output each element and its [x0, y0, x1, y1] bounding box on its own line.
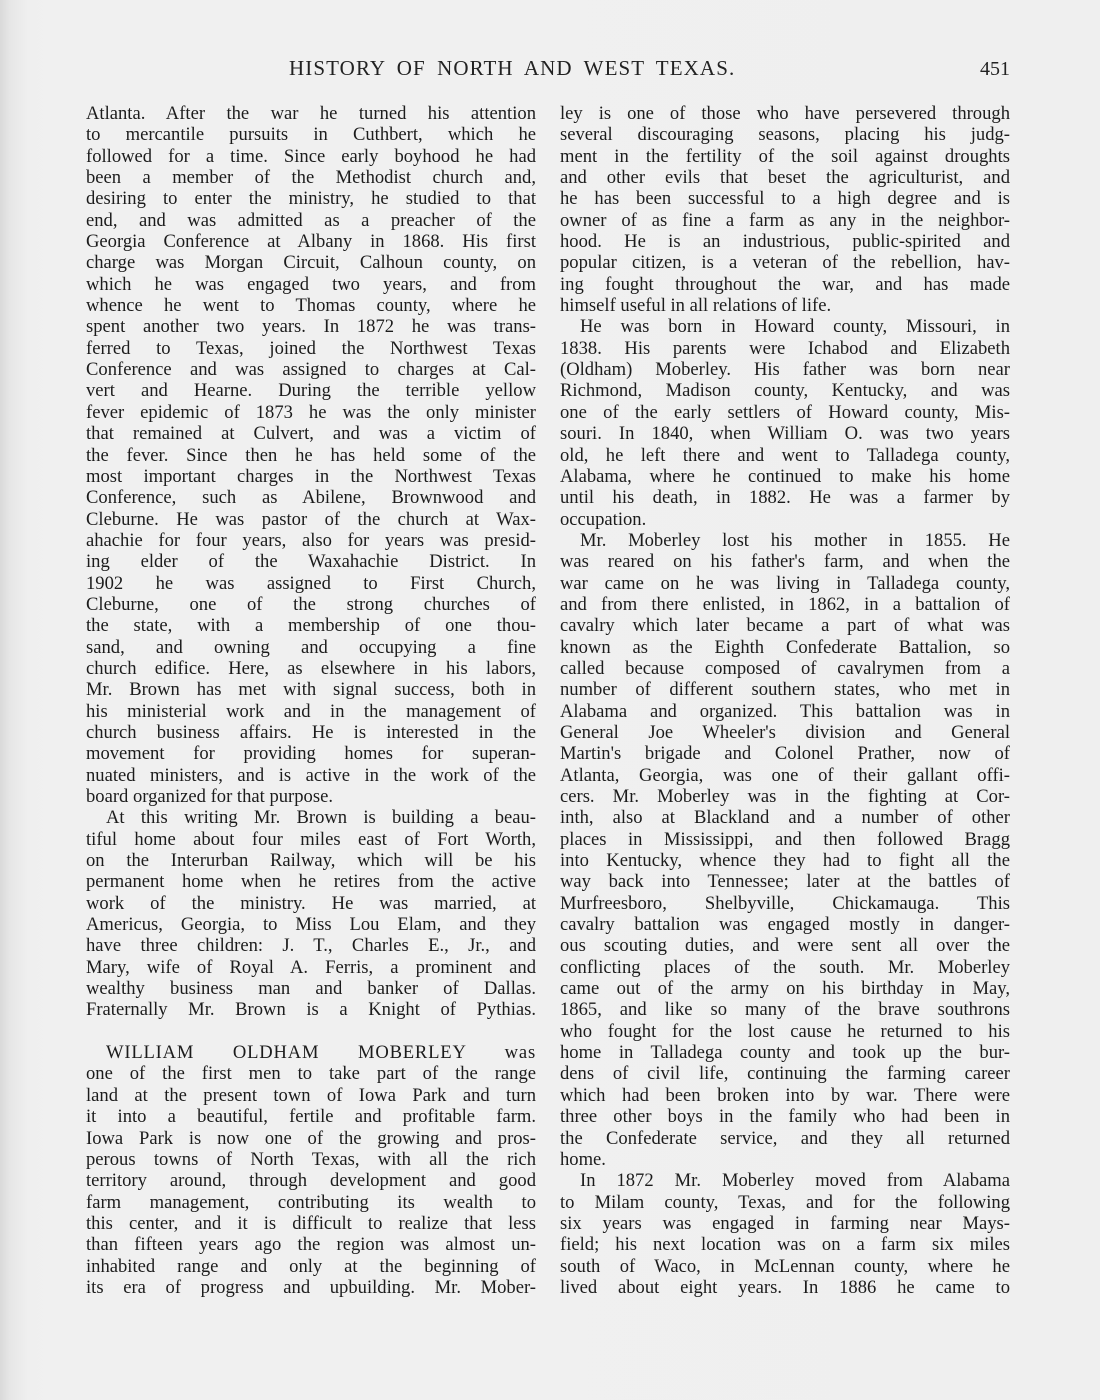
text-line: on the Interurban Railway, which will be…: [86, 850, 536, 871]
text-line: Cleburne. He was pastor of the church at…: [86, 509, 536, 530]
text-line: ing fought throughout the war, and has m…: [560, 274, 1010, 295]
text-line: its era of progress and upbuilding. Mr. …: [86, 1277, 536, 1298]
text-line: conflicting places of the south. Mr. Mob…: [560, 957, 1010, 978]
text-line: nuated ministers, and is active in the w…: [86, 765, 536, 786]
text-line: whence he went to Thomas county, where h…: [86, 295, 536, 316]
text-line: movement for providing homes for superan…: [86, 743, 536, 764]
text-line: spent another two years. In 1872 he was …: [86, 316, 536, 337]
text-line: have three children: J. T., Charles E., …: [86, 935, 536, 956]
text-line: number of different southern states, who…: [560, 679, 1010, 700]
running-title: HISTORY OF NORTH AND WEST TEXAS.: [289, 56, 735, 81]
text-line: home in Talladega county and took up the…: [560, 1042, 1010, 1063]
text-line: one of the early settlers of Howard coun…: [560, 402, 1010, 423]
text-line: to mercantile pursuits in Cuthbert, whic…: [86, 124, 536, 145]
text-line: Alabama, where he continued to make his …: [560, 466, 1010, 487]
text-line: Mr. Brown has met with signal success, b…: [86, 679, 536, 700]
page-header: HISTORY OF NORTH AND WEST TEXAS. 451: [0, 56, 1100, 86]
text-line: desiring to enter the ministry, he studi…: [86, 188, 536, 209]
text-line: charge was Morgan Circuit, Calhoun count…: [86, 252, 536, 273]
text-line: than fifteen years ago the region was al…: [86, 1234, 536, 1255]
text-line: Mary, wife of Royal A. Ferris, a promine…: [86, 957, 536, 978]
text-line: church edifice. Here, as elsewhere in hi…: [86, 658, 536, 679]
text-line: Martin's brigade and Colonel Prather, no…: [560, 743, 1010, 764]
text-line: inhabited range and only at the beginnin…: [86, 1256, 536, 1277]
text-line: three other boys in the family who had b…: [560, 1106, 1010, 1127]
text-line: dens of civil life, continuing the farmi…: [560, 1063, 1010, 1084]
text-line: until his death, in 1882. He was a farme…: [560, 487, 1010, 508]
text-line: tiful home about four miles east of Fort…: [86, 829, 536, 850]
text-line: which he was engaged two years, and from: [86, 274, 536, 295]
text-line: Fraternally Mr. Brown is a Knight of Pyt…: [86, 999, 536, 1020]
page-number: 451: [980, 58, 1010, 81]
text-line: ahachie for four years, also for years w…: [86, 530, 536, 551]
text-line: into Kentucky, whence they had to fight …: [560, 850, 1010, 871]
text-line: Atlanta, Georgia, was one of their galla…: [560, 765, 1010, 786]
text-line: perous towns of North Texas, with all th…: [86, 1149, 536, 1170]
text-line: board organized for that purpose.: [86, 786, 536, 807]
text-line: land at the present town of Iowa Park an…: [86, 1085, 536, 1106]
text-line: himself useful in all relations of life.: [560, 295, 1010, 316]
text-line: end, and was admitted as a preacher of t…: [86, 210, 536, 231]
text-line: sand, and owning and occupying a fine: [86, 637, 536, 658]
text-line: it into a beautiful, fertile and profita…: [86, 1106, 536, 1127]
text-line: this center, and it is difficult to real…: [86, 1213, 536, 1234]
text-line: church business affairs. He is intereste…: [86, 722, 536, 743]
text-line: (Oldham) Moberley. His father was born n…: [560, 359, 1010, 380]
text-line: Richmond, Madison county, Kentucky, and …: [560, 380, 1010, 401]
text-line: In 1872 Mr. Moberley moved from Alabama: [560, 1170, 1010, 1191]
text-line: places in Mississippi, and then followed…: [560, 829, 1010, 850]
text-line: one of the first men to take part of the…: [86, 1063, 536, 1084]
text-line: followed for a time. Since early boyhood…: [86, 146, 536, 167]
text-line: 1865, and like so many of the brave sout…: [560, 999, 1010, 1020]
right-column: ley is one of those who have persevered …: [560, 103, 1010, 1298]
text-line: field; his next location was on a farm s…: [560, 1234, 1010, 1255]
text-line: been a member of the Methodist church an…: [86, 167, 536, 188]
text-line: fever epidemic of 1873 he was the only m…: [86, 402, 536, 423]
biography-heading-line: WILLIAM OLDHAM MOBERLEY was: [86, 1042, 536, 1063]
text-line: that remained at Culvert, and was a vict…: [86, 423, 536, 444]
text-line: came out of the army on his birthday in …: [560, 978, 1010, 999]
text-line: which had been broken into by war. There…: [560, 1085, 1010, 1106]
text-line: he has been successful to a high degree …: [560, 188, 1010, 209]
text-line: popular citizen, is a veteran of the reb…: [560, 252, 1010, 273]
text-line: cers. Mr. Moberley was in the fighting a…: [560, 786, 1010, 807]
text-line: lived about eight years. In 1886 he came…: [560, 1277, 1010, 1298]
text-line: Mr. Moberley lost his mother in 1855. He: [560, 530, 1010, 551]
text-line: Atlanta. After the war he turned his att…: [86, 103, 536, 124]
text-line: 1838. His parents were Ichabod and Eliza…: [560, 338, 1010, 359]
text-line: to Milam county, Texas, and for the foll…: [560, 1192, 1010, 1213]
text-line: most important charges in the Northwest …: [86, 466, 536, 487]
text-line: Americus, Georgia, to Miss Lou Elam, and…: [86, 914, 536, 935]
text-line: souri. In 1840, when William O. was two …: [560, 423, 1010, 444]
text-line: ferred to Texas, joined the Northwest Te…: [86, 338, 536, 359]
text-line: ley is one of those who have persevered …: [560, 103, 1010, 124]
text-line: and from there enlisted, in 1862, in a b…: [560, 594, 1010, 615]
text-line: territory around, through development an…: [86, 1170, 536, 1191]
text-line: ing elder of the Waxahachie District. In: [86, 551, 536, 572]
text-line: He was born in Howard county, Missouri, …: [560, 316, 1010, 337]
text-line: work of the ministry. He was married, at: [86, 893, 536, 914]
text-line: his ministerial work and in the manageme…: [86, 701, 536, 722]
text-line: At this writing Mr. Brown is building a …: [86, 807, 536, 828]
text-line: several discouraging seasons, placing hi…: [560, 124, 1010, 145]
text-line: ment in the fertility of the soil agains…: [560, 146, 1010, 167]
text-line: Murfreesboro, Shelbyville, Chickamauga. …: [560, 893, 1010, 914]
text-line: the fever. Since then he has held some o…: [86, 445, 536, 466]
text-line: the Confederate service, and they all re…: [560, 1128, 1010, 1149]
text-line: vert and Hearne. During the terrible yel…: [86, 380, 536, 401]
book-page: HISTORY OF NORTH AND WEST TEXAS. 451 Atl…: [0, 0, 1100, 1400]
text-line: called because composed of cavalrymen fr…: [560, 658, 1010, 679]
text-line: old, he left there and went to Talladega…: [560, 445, 1010, 466]
text-line: way back into Tennessee; later at the ba…: [560, 871, 1010, 892]
text-line: six years was engaged in farming near Ma…: [560, 1213, 1010, 1234]
text-line: who fought for the lost cause he returne…: [560, 1021, 1010, 1042]
paragraph-gap: [86, 1021, 536, 1042]
text-line: farm management, contributing its wealth…: [86, 1192, 536, 1213]
text-line: hood. He is an industrious, public-spiri…: [560, 231, 1010, 252]
text-line: home.: [560, 1149, 1010, 1170]
text-line: and other evils that beset the agricultu…: [560, 167, 1010, 188]
text-line: cavalry which later became a part of wha…: [560, 615, 1010, 636]
text-line: Georgia Conference at Albany in 1868. Hi…: [86, 231, 536, 252]
text-line: General Joe Wheeler's division and Gener…: [560, 722, 1010, 743]
text-line: war came on he was living in Talladega c…: [560, 573, 1010, 594]
text-line: south of Waco, in McLennan county, where…: [560, 1256, 1010, 1277]
text-line: Conference and was assigned to charges a…: [86, 359, 536, 380]
text-line: known as the Eighth Confederate Battalio…: [560, 637, 1010, 658]
text-line: Alabama and organized. This battalion wa…: [560, 701, 1010, 722]
text-line: inth, also at Blackland and a number of …: [560, 807, 1010, 828]
text-line: Iowa Park is now one of the growing and …: [86, 1128, 536, 1149]
left-column: Atlanta. After the war he turned his att…: [86, 103, 536, 1298]
text-line: permanent home when he retires from the …: [86, 871, 536, 892]
text-line: ous scouting duties, and were sent all o…: [560, 935, 1010, 956]
text-line: 1902 he was assigned to First Church,: [86, 573, 536, 594]
text-line: cavalry battalion was engaged mostly in …: [560, 914, 1010, 935]
text-line: Cleburne, one of the strong churches of: [86, 594, 536, 615]
text-line: wealthy business man and banker of Dalla…: [86, 978, 536, 999]
text-line: Conference, such as Abilene, Brownwood a…: [86, 487, 536, 508]
text-line: the state, with a membership of one thou…: [86, 615, 536, 636]
text-line: owner of as fine a farm as any in the ne…: [560, 210, 1010, 231]
text-line: occupation.: [560, 509, 1010, 530]
text-line: was reared on his father's farm, and whe…: [560, 551, 1010, 572]
